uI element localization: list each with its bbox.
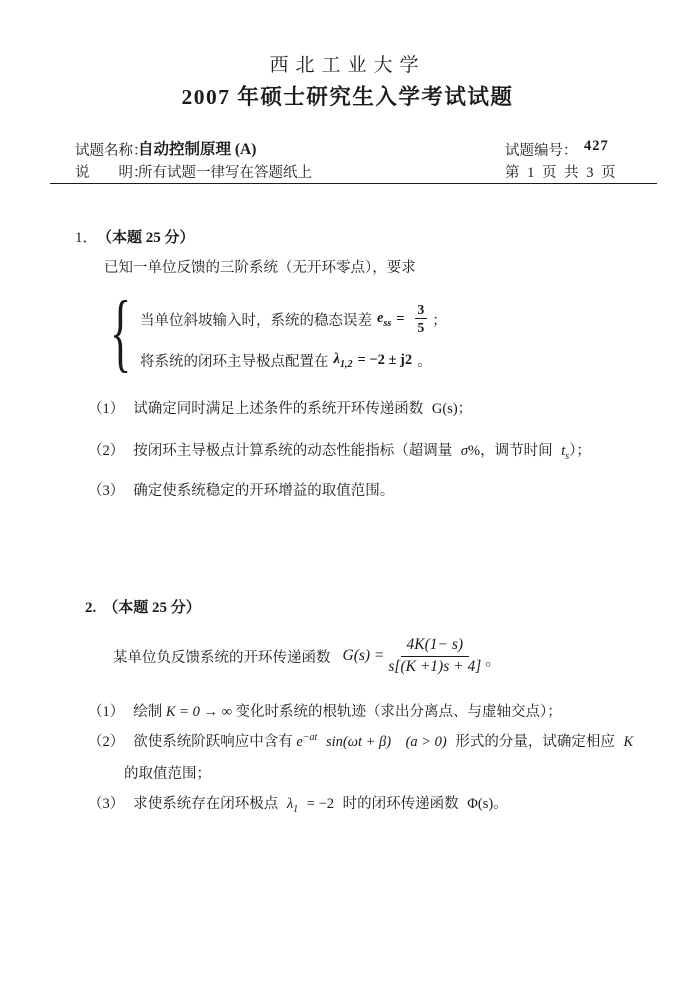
question-2-heading: 2.（本题 25 分）: [85, 596, 201, 617]
formula-tail: 。: [485, 648, 501, 670]
phi-transfer-function: Φ(s): [467, 796, 493, 812]
subitem-tail: ）；: [569, 443, 591, 459]
subitem-tail: 。: [493, 796, 508, 812]
page-number-info: 第 1 页 共 3 页: [505, 161, 618, 182]
fraction-three-fifths: 3 5: [415, 302, 428, 335]
question-2-number: 2.: [85, 600, 96, 616]
exponential-term: e−at: [296, 734, 317, 750]
subitem-mid-text: %，调节时间: [468, 443, 553, 459]
exam-number-value: 427: [584, 138, 609, 155]
subitem-pre-text: 绘制: [133, 704, 162, 720]
open-loop-transfer-function-formula: G(s) = 4K(1− s) s[(K +1)s + 4] 。: [343, 636, 501, 676]
sigma-symbol: σ: [461, 443, 468, 459]
note-label: 说 明：: [75, 161, 148, 182]
university-name: 西北工业大学: [0, 50, 695, 77]
question-1-intro: 已知一单位反馈的三阶系统（无开环零点），要求: [104, 256, 416, 277]
subitem-text: 确定使系统稳定的开环增益的取值范围。: [133, 483, 394, 499]
question-2-subitem-3: （3）求使系统存在闭环极点 λ1 = −2 时的闭环传递函数 Φ(s)。: [88, 792, 508, 815]
subitem-tail: ；: [458, 401, 473, 417]
fraction-numerator: 3: [415, 302, 428, 319]
equals-sign: =: [396, 311, 404, 328]
subitem-post-text: 时的闭环传递函数: [343, 796, 459, 812]
condition-2-tail: 。: [417, 350, 432, 371]
lambda-1-value: = −2: [307, 796, 334, 812]
formula-numerator: 4K(1− s): [401, 636, 470, 657]
k-variable: K: [624, 734, 634, 750]
sine-term: sin(ωt + β) (a > 0): [326, 734, 447, 750]
subitem-text: 试确定同时满足上述条件的系统开环传递函数: [133, 401, 423, 417]
exam-number-label: 试题编号：: [505, 139, 578, 160]
question-2-subitem-2-continuation: 的取值范围；: [124, 762, 211, 783]
left-brace: {: [110, 289, 131, 377]
exam-paper-page: 西北工业大学 2007 年硕士研究生入学考试试题 试题名称： 自动控制原理 (A…: [0, 0, 695, 983]
condition-1-tail: ；: [432, 309, 447, 330]
subitem-marker: （2）: [88, 734, 124, 750]
formula-lhs: G(s) =: [343, 647, 385, 665]
lambda-value: = −2 ± j2: [357, 352, 412, 369]
header-divider: [50, 183, 657, 184]
note-text: 所有试题一律写在答题纸上: [138, 161, 312, 182]
lambda-1-variable: λ1: [287, 796, 298, 812]
subject-label: 试题名称：: [75, 139, 148, 160]
k-range-math: K = 0 → ∞: [166, 704, 232, 720]
question-1-condition-2: 将系统的闭环主导极点配置在 λ1,2 = −2 ± j2 。: [140, 347, 432, 373]
subject-name: 自动控制原理 (A): [138, 137, 256, 159]
subitem-post-text: 形式的分量，试确定相应: [455, 734, 615, 750]
transfer-function-gs: G(s): [432, 401, 458, 417]
question-1-points: （本题 25 分）: [105, 230, 195, 246]
ess-variable: ess: [377, 310, 391, 329]
exam-title: 2007 年硕士研究生入学考试试题: [0, 80, 695, 111]
question-2-subitem-2: （2）欲使系统阶跃响应中含有 e−at sin(ωt + β) (a > 0) …: [88, 730, 633, 751]
question-1-heading: 1．（本题 25 分）: [75, 226, 195, 247]
condition-2-text: 将系统的闭环主导极点配置在: [140, 350, 329, 371]
subitem-post-text: 变化时系统的根轨迹（求出分离点、与虚轴交点）；: [236, 704, 562, 720]
question-1-number: 1．: [75, 230, 98, 246]
subitem-pre-text: 求使系统存在闭环极点: [133, 796, 278, 812]
question-1-condition-1: 当单位斜坡输入时，系统的稳态误差 ess = 3 5 ；: [140, 294, 447, 344]
lambda-variable: λ1,2: [334, 351, 353, 370]
question-2-intro-text: 某单位负反馈系统的开环传递函数: [113, 646, 331, 667]
subitem-text: 按闭环主导极点计算系统的动态性能指标（超调量: [133, 443, 452, 459]
subitem-marker: （3）: [88, 483, 124, 499]
fraction-denominator: 5: [418, 319, 425, 336]
question-1-subitem-2: （2）按闭环主导极点计算系统的动态性能指标（超调量 σ%，调节时间 ts）；: [88, 439, 591, 462]
question-2-intro-row: 某单位负反馈系统的开环传递函数 G(s) = 4K(1− s) s[(K +1)…: [113, 627, 501, 685]
question-1-subitem-3: （3）确定使系统稳定的开环增益的取值范围。: [88, 479, 394, 500]
subitem-marker: （3）: [88, 796, 124, 812]
formula-fraction: 4K(1− s) s[(K +1)s + 4]: [388, 636, 481, 676]
settling-time-variable: ts: [561, 443, 569, 459]
condition-1-text: 当单位斜坡输入时，系统的稳态误差: [140, 309, 372, 330]
question-1-subitem-1: （1）试确定同时满足上述条件的系统开环传递函数 G(s)；: [88, 397, 472, 418]
subitem-pre-text: 欲使系统阶跃响应中含有: [133, 734, 293, 750]
subitem-marker: （1）: [88, 704, 124, 720]
question-2-points: （本题 25 分）: [103, 600, 201, 616]
subitem-marker: （1）: [88, 401, 124, 417]
formula-denominator: s[(K +1)s + 4]: [388, 657, 481, 677]
question-2-subitem-1: （1）绘制 K = 0 → ∞ 变化时系统的根轨迹（求出分离点、与虚轴交点）；: [88, 700, 562, 721]
subitem-marker: （2）: [88, 443, 124, 459]
